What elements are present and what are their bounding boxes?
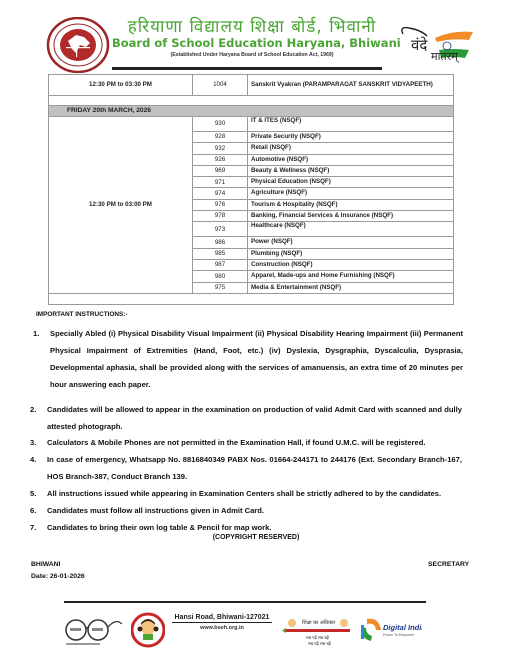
- instruction-text: Calculators & Mobile Phones are not perm…: [47, 434, 462, 451]
- code-cell: 928: [193, 132, 248, 143]
- instructions-title: IMPORTANT INSTRUCTIONS:-: [36, 311, 127, 318]
- signature-date: Date: 26-01-2026: [31, 573, 85, 580]
- instruction-item: 3.Calculators & Mobile Phones are not pe…: [30, 434, 462, 451]
- footer-divider: [64, 601, 426, 603]
- subject-cell: Private Security (NSQF): [248, 132, 454, 143]
- subject-cell: Sanskrit Vyakran (PARAMPARAGAT SANSKRIT …: [248, 75, 454, 96]
- vande-mataram-logo-icon: वंदे मातरम्: [397, 20, 477, 64]
- blank-row: [49, 293, 454, 304]
- schedule-body: 12:30 PM to 03:00 PM930IT & ITES (NSQF)9…: [49, 117, 454, 294]
- table-row: 12:30 PM to 03:30 PM 1004 Sanskrit Vyakr…: [49, 75, 454, 96]
- subject-cell: Beauty & Wellness (NSQF): [248, 165, 454, 176]
- subject-cell: Tourism & Hospitality (NSQF): [248, 199, 454, 210]
- instruction-number: 3.: [30, 434, 36, 451]
- subject-cell: Plumbing (NSQF): [248, 248, 454, 259]
- subject-cell: Apparel, Made-ups and Home Furnishing (N…: [248, 271, 454, 282]
- instruction-item: 1.Specially Abled (i) Physical Disabilit…: [33, 325, 463, 393]
- subject-cell: Agriculture (NSQF): [248, 188, 454, 199]
- header-divider: [112, 67, 382, 70]
- svg-text:शिक्षा का अधिकार: शिक्षा का अधिकार: [302, 619, 336, 626]
- instruction-number: 4.: [30, 451, 36, 468]
- digital-india-tagline: Power To Empower: [383, 633, 415, 637]
- subject-cell: Banking, Financial Services & Insurance …: [248, 211, 454, 222]
- subject-cell: Retail (NSQF): [248, 143, 454, 154]
- instruction-number: 6.: [30, 502, 36, 519]
- code-cell: 971: [193, 177, 248, 188]
- signature-place: BHIWANI: [31, 561, 60, 568]
- code-cell: 1004: [193, 75, 248, 96]
- svg-text:सब पढ़ें सब बढ़ें: सब पढ़ें सब बढ़ें: [308, 641, 332, 646]
- right-to-education-icon: शिक्षा का अधिकार सब पढ़ें सब बढ़ें सब पढ…: [282, 613, 352, 649]
- code-cell: 969: [193, 165, 248, 176]
- code-cell: 926: [193, 154, 248, 165]
- instruction-text: All instructions issued while appearing …: [47, 485, 462, 502]
- footer-address-block: Hansi Road, Bhiwani-127021 www.bseh.org.…: [172, 614, 272, 631]
- instruction-number: 5.: [30, 485, 36, 502]
- code-cell: 973: [193, 222, 248, 237]
- instruction-item: 6.Candidates must follow all instruction…: [30, 502, 462, 519]
- code-cell: 974: [193, 188, 248, 199]
- blank-row: [49, 96, 454, 106]
- svg-text:सब पढ़ें सब बढ़ें: सब पढ़ें सब बढ़ें: [306, 635, 330, 640]
- instruction-number: 1.: [33, 325, 39, 342]
- instruction-item: 5.All instructions issued while appearin…: [30, 485, 462, 502]
- time-cell: 12:30 PM to 03:00 PM: [49, 117, 193, 294]
- signature-designation: SECRETARY: [428, 561, 469, 568]
- beti-bachao-girl-icon: [131, 611, 165, 649]
- svg-text:वंदे: वंदे: [411, 36, 428, 54]
- subject-cell: Construction (NSQF): [248, 259, 454, 270]
- hindi-title: हरियाणा विद्यालय शिक्षा बोर्ड, भिवानी: [112, 17, 392, 37]
- exam-schedule-table: 12:30 PM to 03:30 PM 1004 Sanskrit Vyakr…: [48, 74, 454, 305]
- digital-india-logo-icon: Digital India Power To Empower: [357, 615, 422, 645]
- subject-cell: Healthcare (NSQF): [248, 222, 454, 237]
- day-heading-row: FRIDAY 20th MARCH, 2026: [49, 106, 454, 117]
- instruction-text: Specially Abled (i) Physical Disability …: [50, 325, 463, 393]
- day-heading: FRIDAY 20th MARCH, 2026: [49, 106, 454, 117]
- code-cell: 930: [193, 117, 248, 132]
- instruction-text: Candidates must follow all instructions …: [47, 502, 462, 519]
- time-cell: 12:30 PM to 03:30 PM: [49, 75, 193, 96]
- subject-cell: Media & Entertainment (NSQF): [248, 282, 454, 293]
- code-cell: 986: [193, 237, 248, 248]
- code-cell: 976: [193, 199, 248, 210]
- digital-india-text: Digital India: [383, 623, 422, 632]
- code-cell: 980: [193, 271, 248, 282]
- english-title: Board of School Education Haryana, Bhiwa…: [112, 37, 392, 50]
- table-row: 12:30 PM to 03:00 PM930IT & ITES (NSQF): [49, 117, 454, 132]
- bseh-seal-logo-icon: [46, 17, 110, 73]
- footer-address: Hansi Road, Bhiwani-127021: [172, 614, 272, 623]
- subject-cell: IT & ITES (NSQF): [248, 117, 454, 132]
- subject-cell: Power (NSQF): [248, 237, 454, 248]
- code-cell: 985: [193, 248, 248, 259]
- swachh-bharat-glasses-icon: [64, 614, 124, 648]
- footer-website[interactable]: www.bseh.org.in: [172, 625, 272, 631]
- code-cell: 975: [193, 282, 248, 293]
- copyright-note: (COPYRIGHT RESERVED): [0, 534, 512, 541]
- board-header: हरियाणा विद्यालय शिक्षा बोर्ड, भिवानी Bo…: [112, 17, 392, 60]
- svg-text:मातरम्: मातरम्: [431, 50, 460, 63]
- instruction-item: 4.In case of emergency, Whatsapp No. 881…: [30, 451, 462, 485]
- subject-cell: Physical Education (NSQF): [248, 177, 454, 188]
- instruction-text: Candidates will be allowed to appear in …: [47, 401, 462, 435]
- subject-cell: Automotive (NSQF): [248, 154, 454, 165]
- code-cell: 932: [193, 143, 248, 154]
- code-cell: 978: [193, 211, 248, 222]
- instruction-item: 2.Candidates will be allowed to appear i…: [30, 401, 462, 435]
- instruction-number: 2.: [30, 401, 36, 418]
- established-note: (Established Under Haryana Board of Scho…: [112, 50, 392, 60]
- code-cell: 987: [193, 259, 248, 270]
- instruction-text: In case of emergency, Whatsapp No. 88168…: [47, 451, 462, 485]
